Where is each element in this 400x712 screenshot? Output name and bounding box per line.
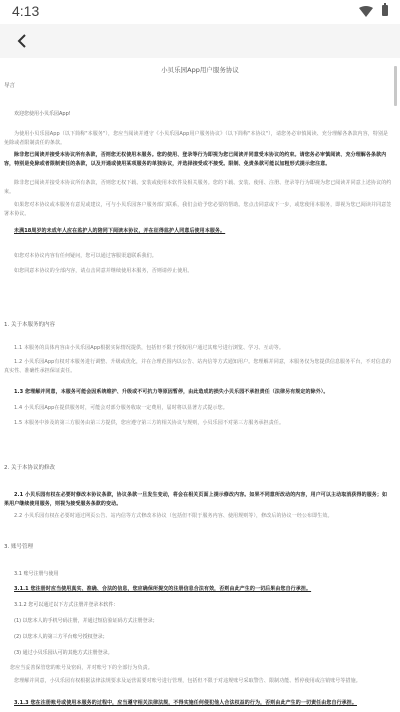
document-title: 小贝乐园App用户服务协议	[0, 65, 400, 74]
paragraph: 您理解并同意，小贝乐园有权根据法律法规要求及运营需要对账号进行管理，包括但不限于…	[4, 677, 392, 686]
section-item: 1.4 小贝乐园App在提供服务时，可能会对部分服务收取一定费用，届时将以显著方…	[4, 404, 392, 413]
list-item: (2) 以您本人的第三方平台账号授权登录；	[14, 633, 108, 640]
section-heading: 2. 关于本协议的修改	[4, 463, 55, 471]
preface-label: 导言	[4, 81, 15, 89]
app-bar	[0, 24, 400, 58]
scrollbar[interactable]	[394, 66, 397, 106]
list-item: (1) 以您本人的手机号码注册，并通过短信验证码方式注册登录；	[14, 617, 158, 624]
section-item: 3.1.2 您可以通过以下方式注册并登录本软件：	[14, 601, 118, 608]
wifi-icon	[359, 6, 373, 17]
status-bar: 4:13	[0, 0, 400, 24]
section-item: 1.5 本服务中涉及的第三方服务由第三方提供，您应遵守第三方的相关协议与规则，小…	[4, 419, 392, 428]
paragraph: 除非您已阅读并接受本协议所有条款，否则您无权下载、安装或使用本软件及相关服务。您…	[4, 179, 392, 197]
paragraph-bold: 3.1.3 您在注册账号或使用本服务的过程中，应当遵守相关法律法规，不得实施任何…	[4, 699, 392, 708]
section-heading: 1. 关于本服务的内容	[4, 320, 55, 328]
section-item: 2.2 小贝乐园有权在必要时通过网页公告、站内信等方式修改本协议（包括但不限于服…	[4, 512, 392, 521]
paragraph-bold: 除非您已阅读并接受本协议所有条款，否则您无权使用本服务。您的使用、登录等行为即视…	[4, 151, 392, 169]
status-time: 4:13	[12, 3, 39, 19]
section-item: 1.1 本服务的具体内容由小贝乐园App根据实际情况提供，包括但不限于授权用户通…	[4, 344, 392, 353]
paragraph: 如果您对本协议或本服务有意见或建议，可与小贝乐园客户服务部门联系，我们会给予您必…	[4, 201, 392, 219]
back-button[interactable]	[8, 27, 36, 55]
battery-icon	[382, 5, 388, 16]
list-item: (3) 通过小贝乐园认可的其他方式注册登录。	[14, 649, 113, 656]
section-item-bold: 2.1 小贝乐园有权在必要时修改本协议条款，协议条款一旦发生变动，将会在相关页面…	[4, 491, 392, 509]
notice-line: 如您同意本协议的全部内容，请点击同意并继续使用本服务，否则请停止使用。	[4, 267, 392, 276]
section-item: 1.2 小贝乐园App有权对本服务进行调整、升级或优化，并在合理范围内以公告、站…	[4, 358, 392, 376]
section-item-bold: 1.3 您理解并同意，本服务可能会因系统维护、升级或不可抗力等原因暂停，由此造成…	[4, 388, 392, 397]
agreement-webview[interactable]: 小贝乐园App用户服务协议 导言 欢迎您使用小贝乐园App! 为使用小贝乐园Ap…	[0, 58, 400, 712]
minor-notice: 未满18周岁的未成年人应在监护人的陪同下阅读本协议，并在征得监护人同意后使用本服…	[4, 227, 392, 236]
paragraph: 为使用小贝乐园App（以下简称"本服务"），您应当阅读并遵守《小贝乐园App用户…	[4, 130, 392, 148]
section-subheading: 3.1 账号注册与使用	[14, 570, 59, 577]
notice-line: 如您对本协议内容有任何疑问，您可以通过客服渠道联系我们。	[4, 252, 392, 261]
section-item-bold: 3.1.1 您注册时应当使用真实、准确、合法的信息，您应确保所提交的注册信息合法…	[4, 585, 392, 594]
section-heading: 3. 账号管理	[4, 542, 33, 550]
closing-text: 您应当妥善保管您的账号及密码，并对账号下的全部行为负责。	[10, 664, 398, 673]
chevron-left-icon	[17, 34, 27, 48]
welcome-text: 欢迎您使用小贝乐园App!	[14, 110, 71, 117]
